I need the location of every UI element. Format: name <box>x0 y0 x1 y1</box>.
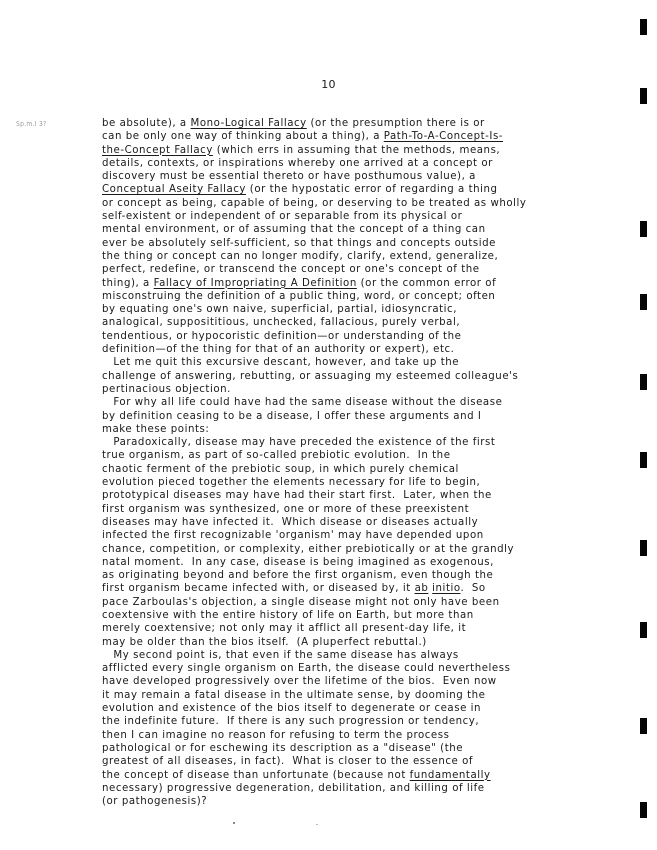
text-line: greatest of all diseases, in fact). What… <box>102 755 602 768</box>
text-line: first organism was synthesized, one or m… <box>102 503 602 516</box>
text-line: definition—of the thing for that of an a… <box>102 343 602 356</box>
text-segment: chaotic ferment of the prebiotic soup, i… <box>102 464 459 475</box>
text-segment: have developed progressively over the li… <box>102 676 497 687</box>
text-line: prototypical diseases may have had their… <box>102 489 602 502</box>
text-segment: or concept as being, capable of being, o… <box>102 198 526 209</box>
edge-mark <box>640 221 647 237</box>
text-segment: make these points: <box>102 424 209 435</box>
text-line: tendentious, or hypocoristic definition—… <box>102 330 602 343</box>
text-line: discovery must be essential thereto or h… <box>102 170 602 183</box>
text-segment: evolution and existence of the bios itse… <box>102 703 481 714</box>
edge-mark <box>640 88 647 104</box>
text-line: self-existent or independent of or separ… <box>102 210 602 223</box>
text-segment: by equating one's own naive, superficial… <box>102 304 457 315</box>
edge-mark <box>640 622 647 638</box>
text-line: details, contexts, or inspirations where… <box>102 157 602 170</box>
text-segment: perfect, redefine, or transcend the conc… <box>102 264 480 275</box>
edge-mark <box>640 540 647 556</box>
text-line: misconstruing the definition of a public… <box>102 290 602 303</box>
text-segment: coextensive with the entire history of l… <box>102 610 474 621</box>
text-line: true organism, as part of so-called preb… <box>102 449 602 462</box>
text-segment: self-existent or independent of or separ… <box>102 211 462 222</box>
text-segment: true organism, as part of so-called preb… <box>102 450 451 461</box>
text-segment: tendentious, or hypocoristic definition—… <box>102 331 461 342</box>
text-segment: the indefinite future. If there is any s… <box>102 716 479 727</box>
text-line: as originating beyond and before the fir… <box>102 569 602 582</box>
text-segment: (which errs in assuming that the methods… <box>213 145 500 156</box>
text-line: first organism became infected with, or … <box>102 582 602 595</box>
text-segment: merely coextensive; not only may it affl… <box>102 623 466 634</box>
edge-mark <box>640 374 647 390</box>
underlined-term: ab <box>415 583 429 594</box>
text-line: evolution and existence of the bios itse… <box>102 702 602 715</box>
text-line: afflicted every single organism on Earth… <box>102 662 602 675</box>
text-segment: ever be absolutely self-sufficient, so t… <box>102 238 496 249</box>
text-line: infected the first recognizable 'organis… <box>102 529 602 542</box>
text-segment: by definition ceasing to be a disease, I… <box>102 411 481 422</box>
text-segment: infected the first recognizable 'organis… <box>102 530 484 541</box>
text-segment: chance, competition, or complexity, eith… <box>102 544 514 555</box>
underlined-term: fundamentally <box>410 770 491 781</box>
text-line: it may remain a fatal disease in the ult… <box>102 689 602 702</box>
text-segment: as originating beyond and before the fir… <box>102 570 493 581</box>
text-line: Paradoxically, disease may have preceded… <box>102 436 602 449</box>
page-number: 10 <box>0 78 657 91</box>
text-segment: definition—of the thing for that of an a… <box>102 344 454 355</box>
body-text: be absolute), a Mono-Logical Fallacy (or… <box>102 117 602 808</box>
text-segment: challenge of answering, rebutting, or as… <box>102 371 518 382</box>
text-line: the-Concept Fallacy (which errs in assum… <box>102 144 602 157</box>
text-line: have developed progressively over the li… <box>102 675 602 688</box>
edge-mark <box>640 452 647 468</box>
edge-mark <box>640 19 647 35</box>
text-line: diseases may have infected it. Which dis… <box>102 516 602 529</box>
text-segment: analogical, supposititious, unchecked, f… <box>102 317 460 328</box>
text-segment: (or the presumption there is or <box>307 118 485 129</box>
text-segment: For why all life could have had the same… <box>102 397 502 408</box>
text-segment: be absolute), a <box>102 118 191 129</box>
text-segment: evolution pieced together the elements n… <box>102 477 480 488</box>
underlined-term: Fallacy of Impropriating A Definition <box>154 278 357 289</box>
text-line: by definition ceasing to be a disease, I… <box>102 410 602 423</box>
text-segment: . So <box>460 583 485 594</box>
text-line: can be only one way of thinking about a … <box>102 130 602 143</box>
text-segment: diseases may have infected it. Which dis… <box>102 517 478 528</box>
text-line: ever be absolutely self-sufficient, so t… <box>102 237 602 250</box>
text-segment: it may remain a fatal disease in the ult… <box>102 690 485 701</box>
text-line: the indefinite future. If there is any s… <box>102 715 602 728</box>
text-line: analogical, supposititious, unchecked, f… <box>102 316 602 329</box>
text-segment: pertinacious objection. <box>102 384 231 395</box>
underlined-term: Mono-Logical Fallacy <box>191 118 307 129</box>
underlined-term: the-Concept Fallacy <box>102 145 213 156</box>
text-line: (or pathogenesis)? <box>102 795 602 808</box>
scan-speck <box>233 822 235 824</box>
text-line: chaotic ferment of the prebiotic soup, i… <box>102 463 602 476</box>
edge-mark <box>640 294 647 310</box>
text-segment: pathological or for eschewing its descri… <box>102 743 463 754</box>
text-segment: My second point is, that even if the sam… <box>102 650 459 661</box>
text-segment: prototypical diseases may have had their… <box>102 490 492 501</box>
text-segment: can be only one way of thinking about a … <box>102 131 384 142</box>
text-line: perfect, redefine, or transcend the conc… <box>102 263 602 276</box>
text-segment: the thing or concept can no longer modif… <box>102 251 498 262</box>
text-segment: greatest of all diseases, in fact). What… <box>102 756 473 767</box>
text-segment: misconstruing the definition of a public… <box>102 291 495 302</box>
text-segment: the concept of disease than unfortunate … <box>102 770 410 781</box>
text-line: thing), a Fallacy of Impropriating A Def… <box>102 277 602 290</box>
text-segment: afflicted every single organism on Earth… <box>102 663 510 674</box>
text-line: Conceptual Aseity Fallacy (or the hypost… <box>102 183 602 196</box>
text-line: may be older than the bios itself. (A pl… <box>102 636 602 649</box>
text-line: the concept of disease than unfortunate … <box>102 769 602 782</box>
text-line: pertinacious objection. <box>102 383 602 396</box>
text-line: merely coextensive; not only may it affl… <box>102 622 602 635</box>
text-line: or concept as being, capable of being, o… <box>102 197 602 210</box>
text-line: be absolute), a Mono-Logical Fallacy (or… <box>102 117 602 130</box>
text-line: mental environment, or of assuming that … <box>102 223 602 236</box>
text-segment: may be older than the bios itself. (A pl… <box>102 637 427 648</box>
text-line: evolution pieced together the elements n… <box>102 476 602 489</box>
text-segment: details, contexts, or inspirations where… <box>102 158 493 169</box>
text-line: the thing or concept can no longer modif… <box>102 250 602 263</box>
margin-annotation: Sp.m.I 3? <box>16 121 47 129</box>
text-segment: mental environment, or of assuming that … <box>102 224 486 235</box>
text-segment: first organism was synthesized, one or m… <box>102 504 469 515</box>
text-segment: Paradoxically, disease may have preceded… <box>102 437 495 448</box>
text-segment: necessary) progressive degeneration, deb… <box>102 783 485 794</box>
text-line: make these points: <box>102 423 602 436</box>
text-segment: (or pathogenesis)? <box>102 796 207 807</box>
text-line: Let me quit this excursive descant, howe… <box>102 356 602 369</box>
text-line: pathological or for eschewing its descri… <box>102 742 602 755</box>
text-line: then I can imagine no reason for refusin… <box>102 729 602 742</box>
scan-speck <box>316 824 318 825</box>
text-line: by equating one's own naive, superficial… <box>102 303 602 316</box>
text-segment: (or the hypostatic error of regarding a … <box>246 184 498 195</box>
edge-mark <box>640 802 647 818</box>
text-segment: first organism became infected with, or … <box>102 583 415 594</box>
underlined-term: initio <box>432 583 460 594</box>
text-line: natal moment. In any case, disease is be… <box>102 556 602 569</box>
text-segment: Let me quit this excursive descant, howe… <box>102 357 459 368</box>
text-line: pace Zarboulas's objection, a single dis… <box>102 596 602 609</box>
text-line: chance, competition, or complexity, eith… <box>102 543 602 556</box>
text-segment: discovery must be essential thereto or h… <box>102 171 476 182</box>
text-segment: then I can imagine no reason for refusin… <box>102 730 449 741</box>
edge-mark <box>640 718 647 734</box>
text-line: For why all life could have had the same… <box>102 396 602 409</box>
underlined-term: Conceptual Aseity Fallacy <box>102 184 246 195</box>
text-segment: thing), a <box>102 278 154 289</box>
text-line: My second point is, that even if the sam… <box>102 649 602 662</box>
text-segment: pace Zarboulas's objection, a single dis… <box>102 597 500 608</box>
text-line: challenge of answering, rebutting, or as… <box>102 370 602 383</box>
text-segment: natal moment. In any case, disease is be… <box>102 557 494 568</box>
text-line: coextensive with the entire history of l… <box>102 609 602 622</box>
underlined-term: Path-To-A-Concept-Is- <box>384 131 503 142</box>
text-line: necessary) progressive degeneration, deb… <box>102 782 602 795</box>
text-segment: (or the common error of <box>357 278 496 289</box>
